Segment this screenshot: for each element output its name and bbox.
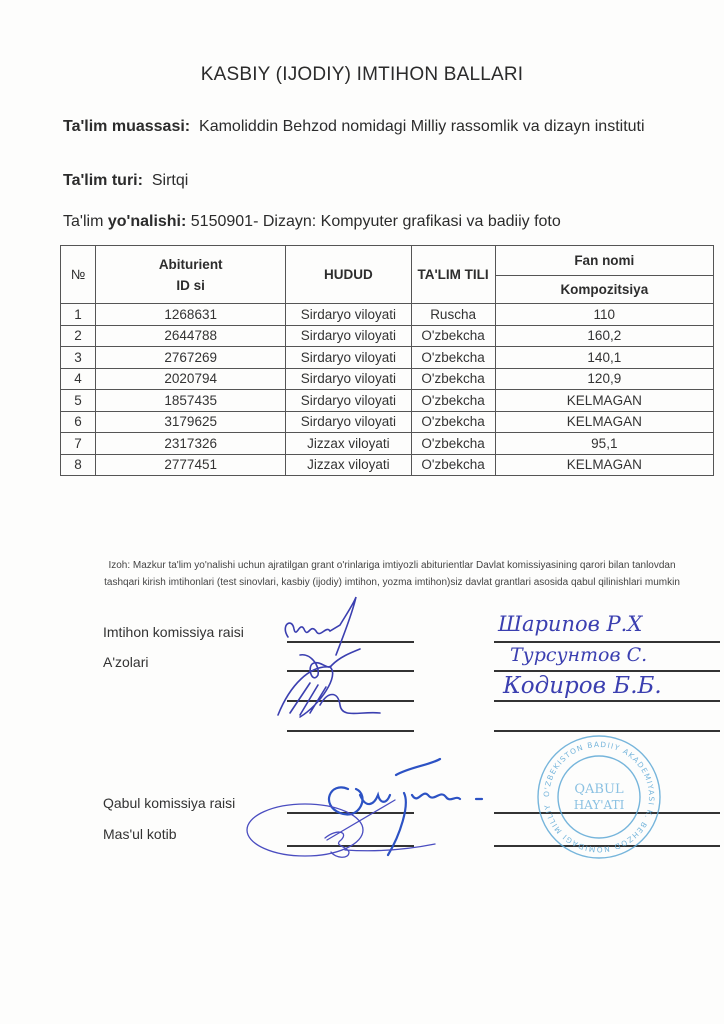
cell-no: 3 [61, 347, 96, 369]
header-applicant-id: Abiturient ID si [96, 246, 286, 304]
cell-score: 140,1 [495, 347, 713, 369]
direction-label: yo'nalishi: [108, 213, 186, 230]
members-label: A'zolari [103, 654, 148, 670]
cell-no: 4 [61, 368, 96, 390]
name-line [494, 641, 720, 643]
cell-applicant-id: 1857435 [96, 390, 286, 412]
cell-score: 160,2 [495, 325, 713, 347]
cell-score: KELMAGAN [495, 390, 713, 412]
signature-scribble-secretary [245, 800, 445, 870]
institution-line: Ta'lim muassasi: Kamoliddin Behzod nomid… [63, 118, 645, 136]
handwritten-name-3: Кодиров Б.Б. [503, 673, 662, 699]
signature-scribble-exam-chair [270, 595, 420, 735]
cell-no: 2 [61, 325, 96, 347]
cell-no: 7 [61, 433, 96, 455]
name-line [494, 730, 720, 732]
document-title: KASBIY (IJODIY) IMTIHON BALLARI [0, 64, 724, 86]
cell-applicant-id: 1268631 [96, 304, 286, 326]
table-row: 63179625Sirdaryo viloyatiO'zbekchaKELMAG… [61, 411, 714, 433]
cell-language: O'zbekcha [411, 325, 495, 347]
note: Izoh: Mazkur ta'lim yo'nalishi uchun ajr… [60, 557, 724, 591]
cell-score: 110 [495, 304, 713, 326]
cell-applicant-id: 2767269 [96, 347, 286, 369]
table-row: 11268631Sirdaryo viloyatiRuscha110 [61, 304, 714, 326]
cell-region: Jizzax viloyati [286, 433, 411, 455]
cell-region: Sirdaryo viloyati [286, 347, 411, 369]
direction-label-prefix: Ta'lim [63, 213, 108, 230]
cell-region: Sirdaryo viloyati [286, 390, 411, 412]
cell-applicant-id: 2317326 [96, 433, 286, 455]
table-body: 11268631Sirdaryo viloyatiRuscha110226447… [61, 304, 714, 476]
cell-score: 120,9 [495, 368, 713, 390]
header-region: HUDUD [286, 246, 411, 304]
cell-no: 1 [61, 304, 96, 326]
header-no: № [61, 246, 96, 304]
study-type-value: Sirtqi [152, 172, 188, 189]
handwritten-name-1: Шарипов Р.Х [498, 612, 642, 636]
header-language: TA'LIM TILI [411, 246, 495, 304]
cell-region: Sirdaryo viloyati [286, 411, 411, 433]
cell-applicant-id: 2020794 [96, 368, 286, 390]
header-applicant-id-line1: Abiturient [96, 257, 285, 272]
table-row: 42020794Sirdaryo viloyatiO'zbekcha120,9 [61, 368, 714, 390]
study-type-label: Ta'lim turi: [63, 172, 143, 189]
cell-region: Sirdaryo viloyati [286, 368, 411, 390]
cell-language: O'zbekcha [411, 368, 495, 390]
stamp-center-line-2: HAY'ATI [574, 798, 625, 812]
study-type-line: Ta'lim turi: Sirtqi [63, 172, 188, 190]
cell-applicant-id: 3179625 [96, 411, 286, 433]
table-row: 72317326Jizzax viloyatiO'zbekcha95,1 [61, 433, 714, 455]
direction-line: Ta'lim yo'nalishi: 5150901- Dizayn: Komp… [63, 213, 561, 231]
institution-value: Kamoliddin Behzod nomidagi Milliy rassom… [199, 118, 645, 135]
table-row: 32767269Sirdaryo viloyatiO'zbekcha140,1 [61, 347, 714, 369]
cell-score: KELMAGAN [495, 454, 713, 476]
header-subject-group: Fan nomi [495, 246, 713, 276]
note-line-2: tashqari kirish imtihonlari (test sinovl… [60, 574, 724, 591]
handwritten-name-2: Турсунтов С. [510, 644, 647, 666]
cell-language: O'zbekcha [411, 347, 495, 369]
cell-language: O'zbekcha [411, 454, 495, 476]
cell-language: O'zbekcha [411, 433, 495, 455]
cell-region: Sirdaryo viloyati [286, 304, 411, 326]
table-row: 51857435Sirdaryo viloyatiO'zbekchaKELMAG… [61, 390, 714, 412]
admissions-stamp: O'ZBEKISTON BADIIY AKADEMIYASI K. BEHZOD… [535, 733, 663, 861]
name-line [494, 700, 720, 702]
cell-no: 6 [61, 411, 96, 433]
note-line-1: Izoh: Mazkur ta'lim yo'nalishi uchun ajr… [60, 557, 724, 574]
stamp-center-line-1: QABUL [574, 782, 624, 797]
cell-score: 95,1 [495, 433, 713, 455]
name-line [494, 670, 720, 672]
exam-chair-label: Imtihon komissiya raisi [103, 624, 244, 640]
table-row: 22644788Sirdaryo viloyatiO'zbekcha160,2 [61, 325, 714, 347]
cell-no: 8 [61, 454, 96, 476]
table-row: 82777451Jizzax viloyatiO'zbekchaKELMAGAN [61, 454, 714, 476]
cell-language: O'zbekcha [411, 411, 495, 433]
cell-score: KELMAGAN [495, 411, 713, 433]
cell-no: 5 [61, 390, 96, 412]
cell-region: Jizzax viloyati [286, 454, 411, 476]
direction-value: 5150901- Dizayn: Kompyuter grafikasi va … [191, 213, 561, 230]
admission-chair-label: Qabul komissiya raisi [103, 795, 235, 811]
cell-language: Ruscha [411, 304, 495, 326]
cell-language: O'zbekcha [411, 390, 495, 412]
cell-applicant-id: 2644788 [96, 325, 286, 347]
cell-region: Sirdaryo viloyati [286, 325, 411, 347]
cell-applicant-id: 2777451 [96, 454, 286, 476]
scores-table: № Abiturient ID si HUDUD TA'LIM TILI Fan… [60, 245, 714, 476]
header-applicant-id-line2: ID si [96, 278, 285, 293]
institution-label: Ta'lim muassasi: [63, 118, 190, 135]
header-subject: Kompozitsiya [495, 276, 713, 304]
secretary-label: Mas'ul kotib [103, 826, 176, 842]
